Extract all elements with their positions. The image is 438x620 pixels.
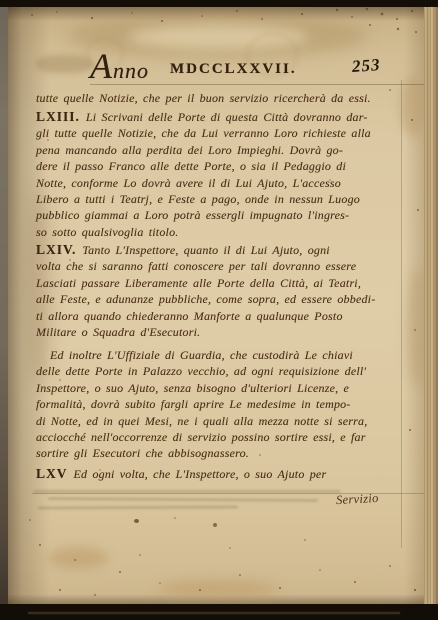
photo-bottom-edge <box>0 604 438 620</box>
paragraph-text: Li Scrivani delle Porte di questa Città … <box>36 110 371 239</box>
fore-edge-pages <box>424 0 438 620</box>
paper-stain <box>158 580 278 598</box>
catchword: Servizio <box>336 491 379 508</box>
photo-top-edge <box>0 0 438 7</box>
section-number: LXV <box>36 466 68 481</box>
book-photo: Anno MDCCLXXVII. 253 tutte quelle Notizi… <box>0 0 438 620</box>
paragraph-text: Ed ogni volta, che L'Inspettore, o suo A… <box>74 467 327 481</box>
showthrough-text-band <box>38 505 238 509</box>
page-leaves-texture <box>424 0 438 620</box>
header-year-roman: MDCCLXXVII. <box>170 61 297 78</box>
carryover-line: tutte quelle Notizie, che per il buon se… <box>36 90 408 106</box>
page-number: 253 <box>351 55 381 77</box>
showthrough-smudge <box>36 55 94 73</box>
paragraph-lxiv: LXIV.Tanto L'Inspettore, quanto il di Lu… <box>36 242 408 340</box>
manuscript-page: Anno MDCCLXXVII. 253 tutte quelle Notizi… <box>8 7 424 604</box>
binding-gutter-edge <box>0 0 8 620</box>
paragraph-text: Tanto L'Inspettore, quanto il di Lui Aju… <box>36 243 375 339</box>
showthrough-text-band <box>48 497 318 502</box>
paragraph-text: Ed inoltre L'Uffiziale di Guardia, che c… <box>36 348 367 460</box>
paragraph-lxv: LXVEd ogni volta, che L'Inspettore, o su… <box>36 466 408 482</box>
paragraph-ed-inoltre: Ed inoltre L'Uffiziale di Guardia, che c… <box>36 347 408 462</box>
foxing-spot <box>134 519 139 523</box>
foxing-spot <box>213 523 217 527</box>
section-number: LXIV. <box>36 242 76 257</box>
bottom-edge-highlight <box>28 612 400 614</box>
paper-stain <box>48 547 108 569</box>
section-number: LXIII. <box>36 109 80 124</box>
paragraph-lxiii: LXIII.Li Scrivani delle Porte di questa … <box>36 109 408 240</box>
header-anno-script: Anno <box>90 45 149 87</box>
